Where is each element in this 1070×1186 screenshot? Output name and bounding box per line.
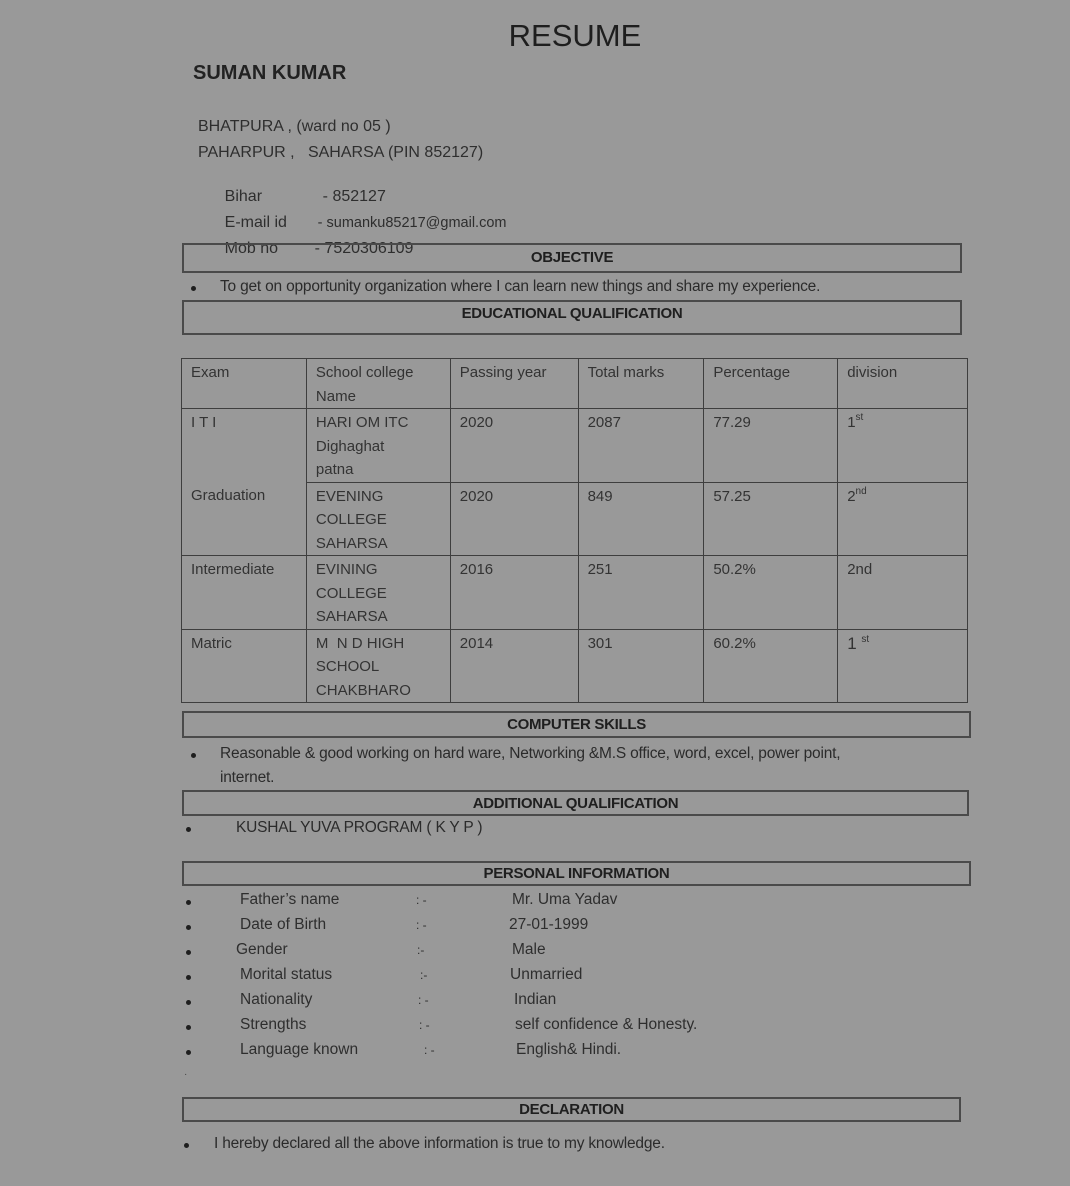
division-value: 2 bbox=[847, 488, 855, 505]
school-line: SAHARSA bbox=[316, 532, 442, 556]
pi-value: Mr. Uma Yadav bbox=[512, 891, 617, 909]
additional-qualification-item: KUSHAL YUVA PROGRAM ( K Y P ) bbox=[236, 819, 482, 837]
bullet-icon bbox=[186, 1000, 191, 1005]
bullet-icon bbox=[186, 1050, 191, 1055]
school-line: Dighaghat bbox=[316, 435, 442, 459]
computer-skills-line-1: Reasonable & good working on hard ware, … bbox=[220, 745, 840, 763]
cell-division: 1 st bbox=[838, 629, 968, 703]
division-suffix: st bbox=[856, 412, 864, 423]
cell-school: HARI OM ITC Dighaghat patna bbox=[306, 409, 450, 483]
pi-separator: : - bbox=[416, 893, 427, 907]
table-header-row: Exam School college Name Passing year To… bbox=[182, 359, 968, 409]
cell-division: 2nd bbox=[838, 482, 968, 556]
school-line: COLLEGE bbox=[316, 582, 442, 606]
cell-exam: Graduation bbox=[182, 482, 307, 556]
school-line: patna bbox=[316, 458, 442, 482]
pi-separator: :- bbox=[420, 968, 427, 982]
cell-marks: 301 bbox=[578, 629, 704, 703]
education-table: Exam School college Name Passing year To… bbox=[181, 358, 968, 703]
cell-exam: Matric bbox=[182, 629, 307, 703]
pi-value: Unmarried bbox=[510, 966, 582, 984]
division-suffix: st bbox=[861, 634, 869, 645]
objective-heading: OBJECTIVE bbox=[182, 243, 962, 273]
education-heading: EDUCATIONAL QUALIFICATION bbox=[182, 300, 962, 335]
school-line: HARI OM ITC bbox=[316, 411, 442, 435]
column-header-year: Passing year bbox=[450, 359, 578, 409]
school-line: SAHARSA bbox=[316, 605, 442, 629]
pi-label: Language known bbox=[240, 1041, 358, 1059]
pi-label: Father’s name bbox=[240, 891, 339, 909]
column-header-exam: Exam bbox=[182, 359, 307, 409]
bullet-icon bbox=[186, 975, 191, 980]
cell-percentage: 50.2% bbox=[704, 556, 838, 630]
cell-year: 2020 bbox=[450, 409, 578, 483]
pi-label: Date of Birth bbox=[240, 916, 326, 934]
pi-separator: : - bbox=[416, 918, 427, 932]
cell-year: 2020 bbox=[450, 482, 578, 556]
pi-separator: : - bbox=[424, 1043, 435, 1057]
cell-exam: Intermediate bbox=[182, 556, 307, 630]
division-value: 2nd bbox=[847, 561, 872, 578]
column-header-school: School college Name bbox=[306, 359, 450, 409]
school-line: M N D HIGH bbox=[316, 632, 442, 656]
pi-label: Gender bbox=[236, 941, 288, 959]
column-header-percentage: Percentage bbox=[704, 359, 838, 409]
candidate-name: SUMAN KUMAR bbox=[193, 62, 346, 85]
division-value: 1 bbox=[847, 634, 861, 653]
cell-marks: 849 bbox=[578, 482, 704, 556]
pi-value: 27-01-1999 bbox=[509, 916, 588, 934]
bullet-icon bbox=[186, 900, 191, 905]
address-line-1: BHATPURA , (ward no 05 ) bbox=[198, 118, 391, 136]
pi-label: Nationality bbox=[240, 991, 312, 1009]
cell-school: EVINING COLLEGE SAHARSA bbox=[306, 556, 450, 630]
document-title: RESUME bbox=[0, 18, 1070, 54]
school-line: EVINING bbox=[316, 558, 442, 582]
cell-exam: I T I bbox=[182, 409, 307, 483]
pi-value: Male bbox=[512, 941, 546, 959]
cell-year: 2014 bbox=[450, 629, 578, 703]
cell-school: M N D HIGH SCHOOL CHAKBHARO bbox=[306, 629, 450, 703]
bullet-icon bbox=[191, 286, 196, 291]
column-header-division: division bbox=[838, 359, 968, 409]
cell-division: 1st bbox=[838, 409, 968, 483]
cell-division: 2nd bbox=[838, 556, 968, 630]
declaration-heading: DECLARATION bbox=[182, 1097, 961, 1122]
school-line: COLLEGE bbox=[316, 508, 442, 532]
objective-text: To get on opportunity organization where… bbox=[220, 278, 820, 296]
bullet-icon bbox=[186, 827, 191, 832]
personal-information-heading: PERSONAL INFORMATION bbox=[182, 861, 971, 886]
declaration-text: I hereby declared all the above informat… bbox=[214, 1135, 665, 1153]
bullet-icon bbox=[191, 753, 196, 758]
additional-qualification-heading: ADDITIONAL QUALIFICATION bbox=[182, 790, 969, 816]
computer-skills-heading: COMPUTER SKILLS bbox=[182, 711, 971, 738]
pi-value: self confidence & Honesty. bbox=[515, 1016, 697, 1034]
stray-mark: · bbox=[184, 1069, 187, 1080]
bullet-icon bbox=[186, 1025, 191, 1030]
pi-value: English& Hindi. bbox=[516, 1041, 621, 1059]
division-suffix: nd bbox=[856, 486, 867, 497]
pi-separator: :- bbox=[417, 943, 424, 957]
pi-value: Indian bbox=[514, 991, 556, 1009]
pi-label: Morital status bbox=[240, 966, 332, 984]
cell-percentage: 77.29 bbox=[704, 409, 838, 483]
cell-percentage: 60.2% bbox=[704, 629, 838, 703]
division-value: 1 bbox=[847, 414, 855, 431]
pi-label: Strengths bbox=[240, 1016, 306, 1034]
cell-percentage: 57.25 bbox=[704, 482, 838, 556]
column-header-marks: Total marks bbox=[578, 359, 704, 409]
address-line-2: PAHARPUR , SAHARSA (PIN 852127) bbox=[198, 144, 483, 162]
bullet-icon bbox=[186, 925, 191, 930]
table-row: Intermediate EVINING COLLEGE SAHARSA 201… bbox=[182, 556, 968, 630]
table-row: Graduation EVENING COLLEGE SAHARSA 2020 … bbox=[182, 482, 968, 556]
table-row: Matric M N D HIGH SCHOOL CHAKBHARO 2014 … bbox=[182, 629, 968, 703]
bullet-icon bbox=[184, 1143, 189, 1148]
cell-marks: 2087 bbox=[578, 409, 704, 483]
bullet-icon bbox=[186, 950, 191, 955]
school-line: SCHOOL bbox=[316, 655, 442, 679]
pi-separator: : - bbox=[419, 1018, 430, 1032]
pi-separator: : - bbox=[418, 993, 429, 1007]
cell-marks: 251 bbox=[578, 556, 704, 630]
table-row: I T I HARI OM ITC Dighaghat patna 2020 2… bbox=[182, 409, 968, 483]
cell-school: EVENING COLLEGE SAHARSA bbox=[306, 482, 450, 556]
computer-skills-line-2: internet. bbox=[220, 769, 274, 787]
school-line: CHAKBHARO bbox=[316, 679, 442, 703]
cell-year: 2016 bbox=[450, 556, 578, 630]
school-line: EVENING bbox=[316, 485, 442, 509]
